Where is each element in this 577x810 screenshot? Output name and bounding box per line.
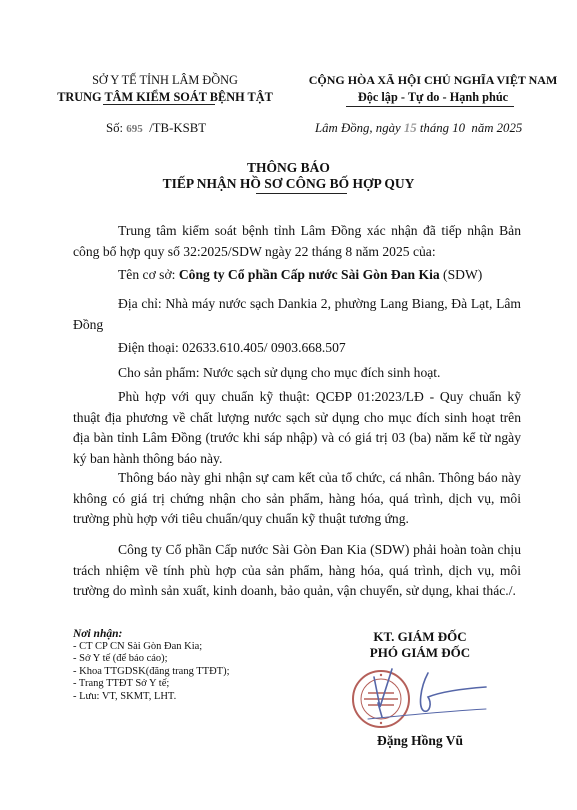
agency-name: SỞ Y TẾ TỈNH LÂM ĐỒNG [40,72,290,88]
title-line-1: THÔNG BÁO [0,159,577,176]
facility-abbr: (SDW) [443,267,482,282]
recipient-item: - CT CP CN Sài Gòn Đan Kia; [73,641,230,654]
date-suffix: tháng 10 năm 2025 [420,121,522,135]
number-suffix: /TB-KSBT [149,121,206,135]
title-line-2: TIẾP NHẬN HỒ SƠ CÔNG BỐ HỢP QUY [0,175,577,192]
date-day: 15 [404,121,417,135]
title-underline [256,193,347,194]
signature-title-1: KT. GIÁM ĐỐC [320,629,520,645]
official-stamp-icon [348,663,498,743]
standard-paragraph: Phù hợp với quy chuẩn kỹ thuật: QCĐP 01:… [73,387,521,469]
motto: Độc lập - Tự do - Hạnh phúc [297,89,569,105]
facility-label: Tên cơ sở: [118,267,175,282]
recipient-item: - Khoa TTGDSK(đăng trang TTĐT); [73,666,230,679]
recipient-item: - Sở Y tế (để báo cáo); [73,653,230,666]
note-paragraph: Thông báo này ghi nhận sự cam kết của tổ… [73,468,521,530]
address-paragraph: Địa chỉ: Nhà máy nước sạch Dankia 2, phư… [73,294,521,335]
facility-name: Công ty Cổ phần Cấp nước Sài Gòn Đan Kia [179,267,440,282]
phone-line: Điện thoại: 02633.610.405/ 0903.668.507 [118,338,538,359]
date-prefix: Lâm Đồng, ngày [315,121,401,135]
number-value: 695 [126,123,143,135]
responsibility-paragraph: Công ty Cổ phần Cấp nước Sài Gòn Đan Kia… [73,540,521,602]
recipients-title: Nơi nhận: [73,628,230,641]
facility-line: Tên cơ sở: Công ty Cổ phần Cấp nước Sài … [118,265,538,286]
signature-title-2: PHÓ GIÁM ĐỐC [320,645,520,661]
motto-underline [346,106,514,107]
issue-date: Lâm Đồng, ngày 15 tháng 10 năm 2025 [315,120,522,136]
recipient-item: - Trang TTĐT Sở Y tế; [73,678,230,691]
unit-name: TRUNG TÂM KIỂM SOÁT BỆNH TẬT [40,89,290,105]
intro-paragraph: Trung tâm kiểm soát bệnh tỉnh Lâm Đồng x… [73,221,521,262]
unit-underline [103,104,215,105]
product-line: Cho sản phẩm: Nước sạch sử dụng cho mục … [118,363,538,384]
country-name: CỘNG HÒA XÃ HỘI CHỦ NGHĨA VIỆT NAM [297,72,569,88]
document-number: Số: 695 /TB-KSBT [106,120,206,137]
recipient-item: - Lưu: VT, SKMT, LHT. [73,691,230,704]
number-prefix: Số: [106,121,123,135]
signer-name: Đặng Hồng Vũ [320,733,520,749]
recipients-block: Nơi nhận: - CT CP CN Sài Gòn Đan Kia; - … [73,628,230,704]
